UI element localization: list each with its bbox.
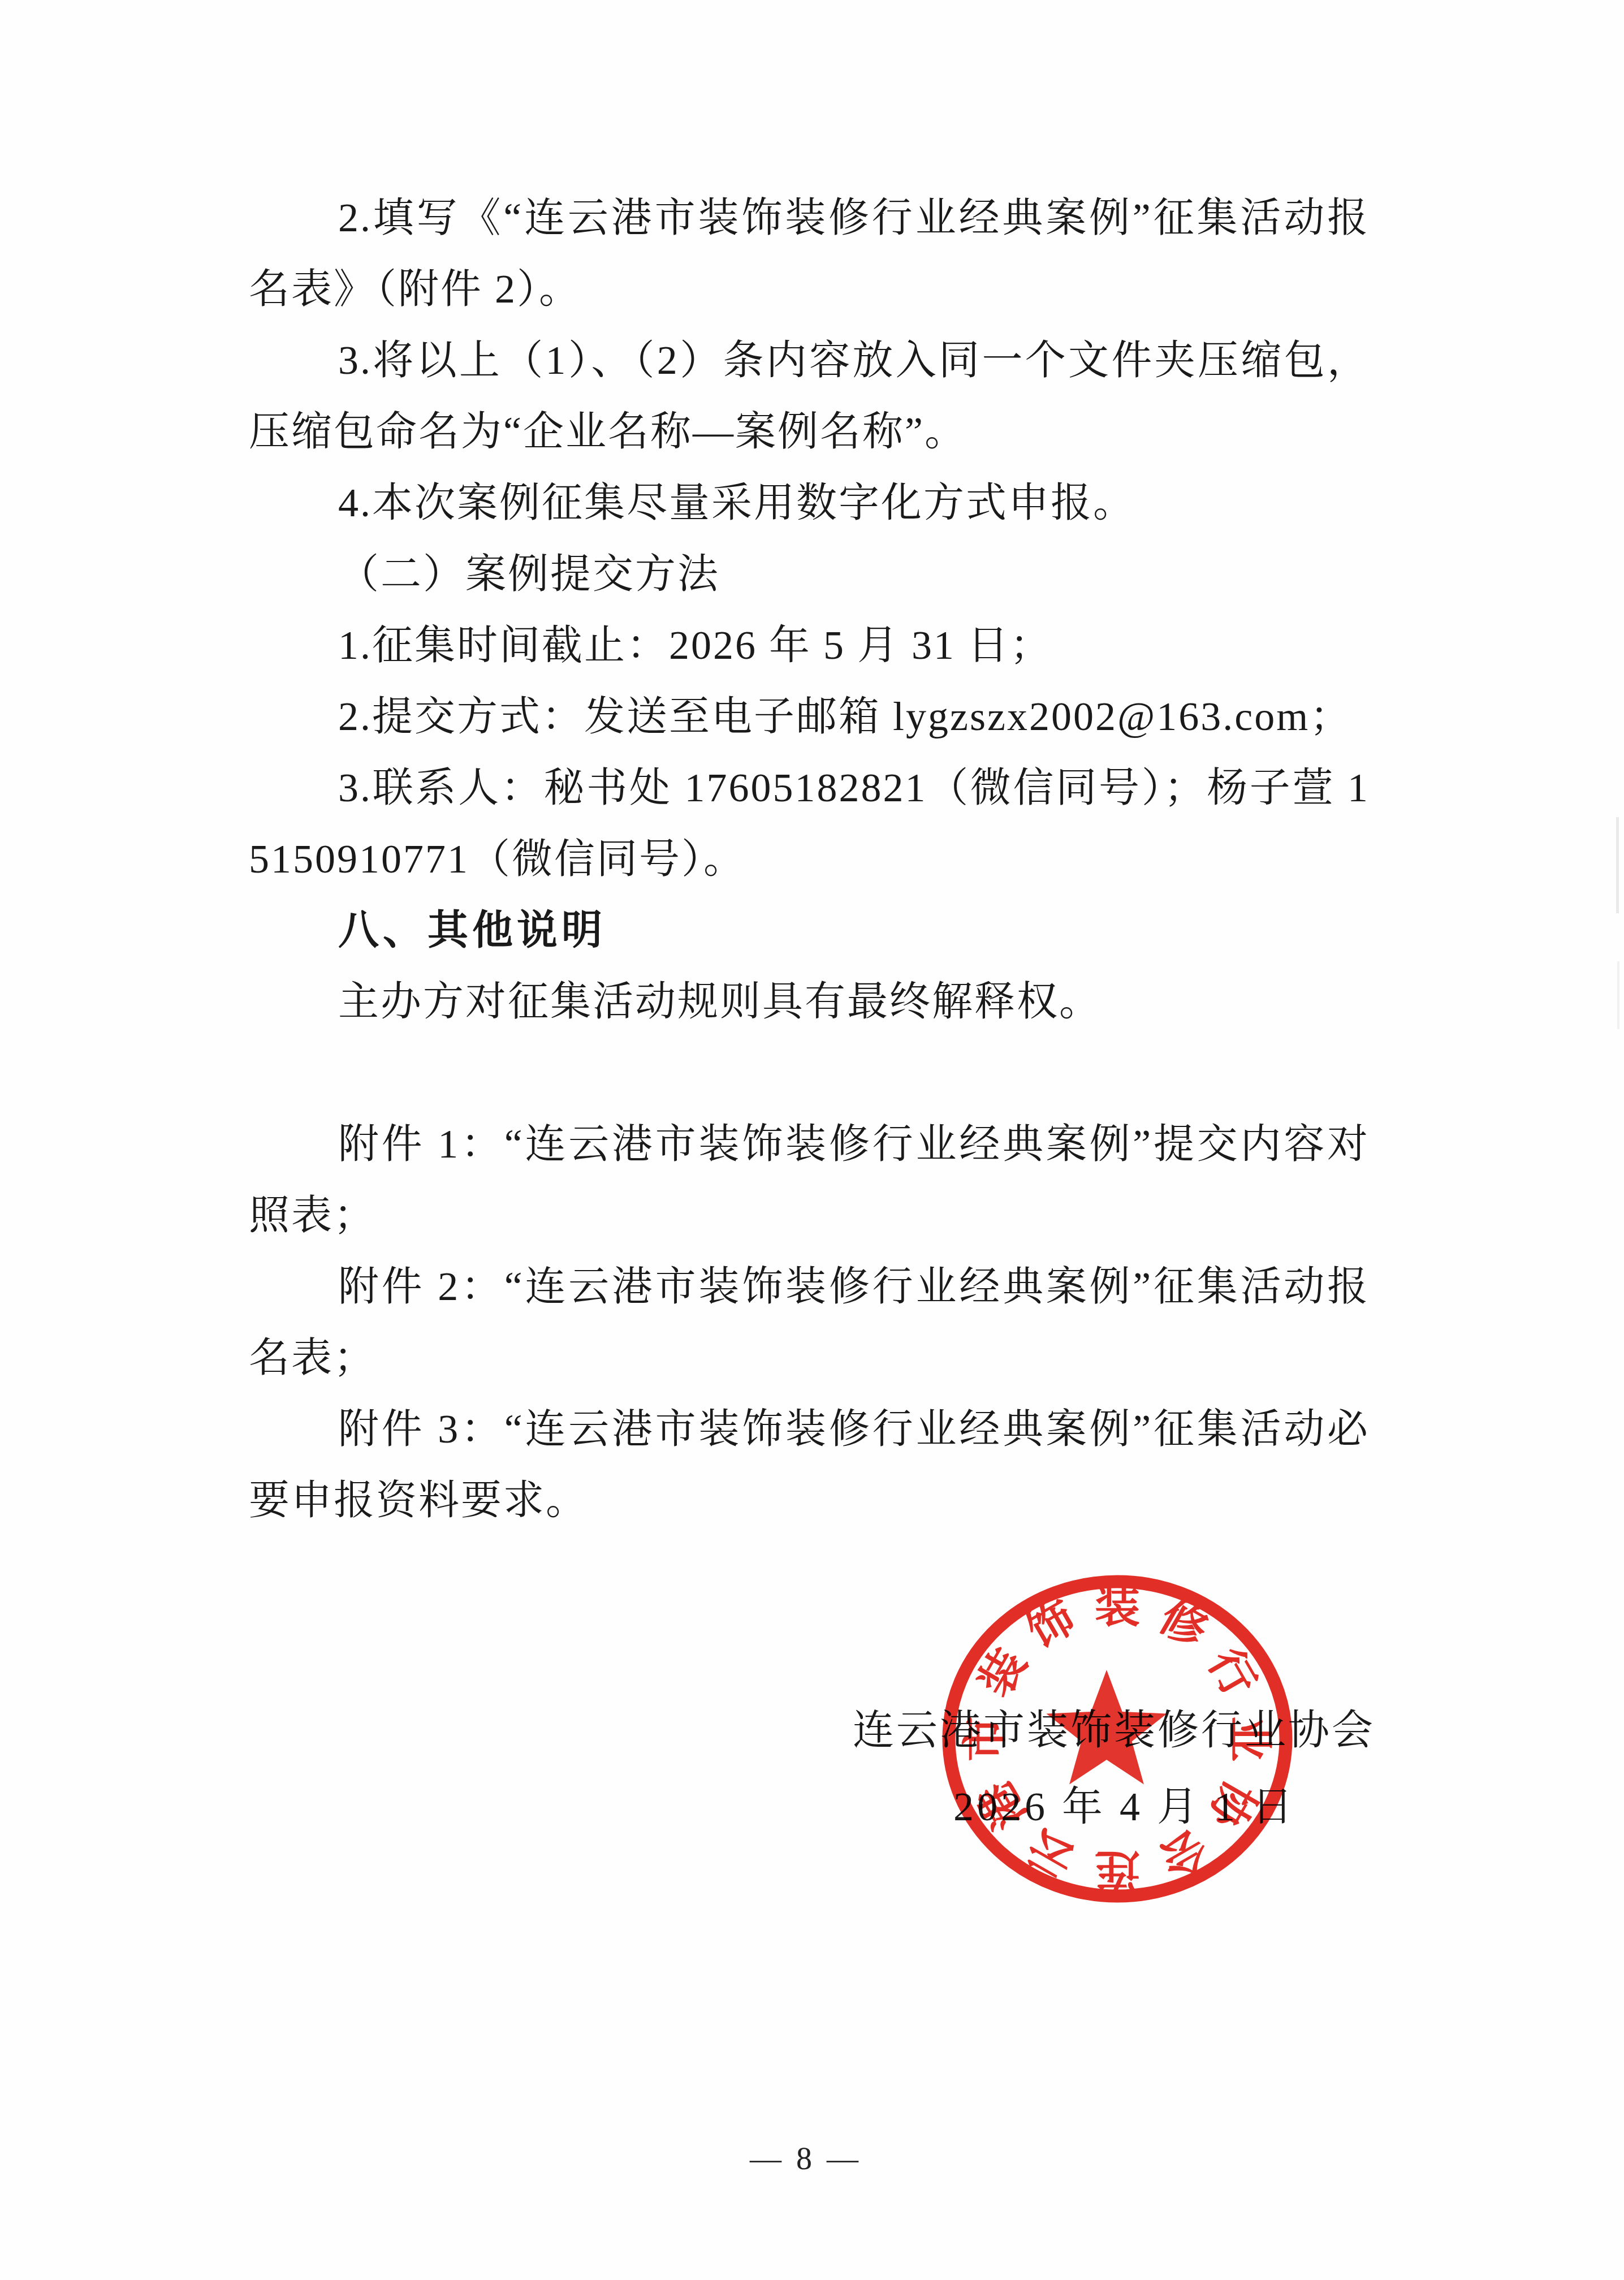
- body-line: 3.联系人：秘书处 17605182821（微信同号）；杨子萱 1: [249, 752, 1370, 823]
- body-line: 要申报资料要求。: [249, 1465, 1370, 1536]
- body-line: 4.本次案例征集尽量采用数字化方式申报。: [249, 467, 1370, 538]
- body-line: 名表》（附件 2）。: [249, 253, 1370, 325]
- seal-arc-char: 市: [961, 1716, 1010, 1761]
- body-line: 附件 1：“连云港市装饰装修行业经典案例”提交内容对: [249, 1108, 1370, 1180]
- seal-arc-char: 连: [1095, 1846, 1140, 1895]
- page-number: — 8 —: [750, 2141, 862, 2177]
- body-line: 1.征集时间截止：2026 年 5 月 31 日；: [249, 610, 1370, 681]
- body-line: 主办方对征集活动规则具有最终解释权。: [249, 966, 1370, 1037]
- body-line: 2.填写《“连云港市装饰装修行业经典案例”征集活动报: [249, 182, 1370, 253]
- body-line: 2.提交方式：发送至电子邮箱 lygzszx2002@163.com；: [249, 681, 1370, 752]
- blank-line: [249, 1037, 1370, 1108]
- seal-arc-char: 装: [1095, 1582, 1140, 1632]
- body-line: 八、其他说明: [249, 895, 1370, 966]
- body-line: 3.将以上（1）、（2）条内容放入同一个文件夹压缩包，: [249, 325, 1370, 396]
- body-line: 5150910771（微信同号）。: [249, 823, 1370, 895]
- body-line: 照表；: [249, 1180, 1370, 1251]
- scan-artifact: [1617, 961, 1619, 1029]
- seal-graphic: 连云港市装饰装修行业协会: [928, 1562, 1306, 1916]
- document-page: 2.填写《“连云港市装饰装修行业经典案例”征集活动报名表》（附件 2）。3.将以…: [0, 0, 1624, 2280]
- scan-artifact: [1616, 817, 1619, 913]
- body-line: 附件 3：“连云港市装饰装修行业经典案例”征集活动必: [249, 1393, 1370, 1465]
- seal-star-icon: [1047, 1670, 1167, 1785]
- body-line: 压缩包命名为“企业名称—案例名称”。: [249, 396, 1370, 467]
- body-line: 名表；: [249, 1322, 1370, 1393]
- seal-arc-char: 业: [1224, 1716, 1274, 1761]
- text-block: 2.填写《“连云港市装饰装修行业经典案例”征集活动报名表》（附件 2）。3.将以…: [249, 182, 1370, 1536]
- body-line: 附件 2：“连云港市装饰装修行业经典案例”征集活动报: [249, 1251, 1370, 1322]
- official-seal: 连云港市装饰装修行业协会: [928, 1562, 1306, 1916]
- body-line: （二）案例提交方法: [249, 538, 1370, 610]
